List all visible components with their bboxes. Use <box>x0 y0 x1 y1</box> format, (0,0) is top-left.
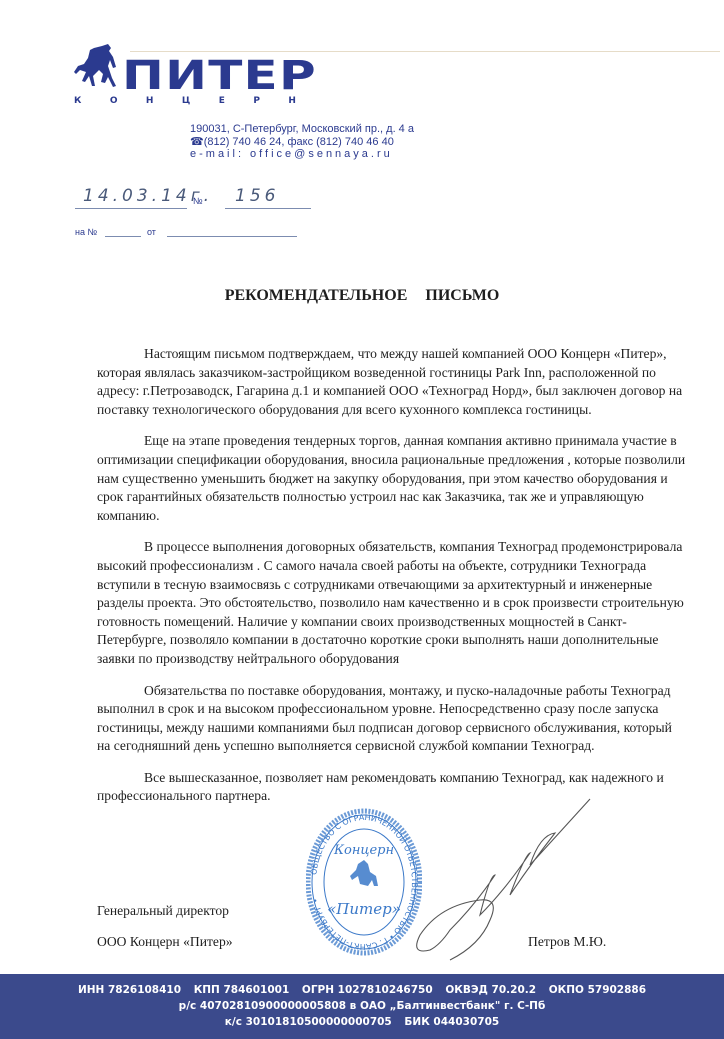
reply-date-label: от <box>147 227 156 237</box>
email-line: e-mail: office@sennaya.ru <box>190 148 414 161</box>
outgoing-reference: 14.03.14г. № 156 <box>75 186 305 212</box>
brand-sub-letter: Ц <box>182 96 190 106</box>
paragraph: Обязательства по поставке оборудования, … <box>97 682 687 756</box>
stamp-horse-icon <box>350 860 378 886</box>
brand-sub-letter: Р <box>253 96 260 106</box>
handwritten-number: 156 <box>235 186 279 206</box>
brand-sub-letter: К <box>74 96 81 106</box>
inn: ИНН 7826108410 <box>78 984 181 996</box>
requisites-footer: ИНН 7826108410 КПП 784601001 ОГРН 102781… <box>0 974 724 1039</box>
footer-line-3: к/с 30101810500000000705 БИК 044030705 <box>0 1014 724 1030</box>
number-label: № <box>193 196 203 206</box>
correspondent-account: к/с 30101810500000000705 <box>225 1016 392 1028</box>
signatory-name: Петров М.Ю. <box>528 934 606 950</box>
signatory-role: Генеральный директор <box>97 903 229 919</box>
document-title: РЕКОМЕНДАТЕЛЬНОЕ ПИСЬМО <box>0 287 724 305</box>
company-contacts: 190031, С-Петербург, Московский пр., д. … <box>190 123 414 161</box>
reply-date-underline <box>167 236 297 237</box>
signatory-organization: ООО Концерн «Питер» <box>97 934 233 950</box>
incoming-reference: на № от <box>75 227 305 239</box>
paragraph: Настоящим письмом подтверждаем, что межд… <box>97 345 687 419</box>
paragraph: Еще на этапе проведения тендерных торгов… <box>97 432 687 525</box>
kpp: КПП 784601001 <box>194 984 290 996</box>
reply-number-label: на № <box>75 227 97 237</box>
brand-subtitle: К О Н Ц Е Р Н <box>74 96 296 106</box>
brand-sub-letter: Н <box>146 96 154 106</box>
letter-body: Настоящим письмом подтверждаем, что межд… <box>97 345 687 819</box>
footer-line-2: р/с 40702810900000005808 в ОАО „Балтинве… <box>0 998 724 1014</box>
bik: БИК 044030705 <box>404 1016 499 1028</box>
letterhead-divider <box>130 51 720 52</box>
horse-tamer-icon <box>72 42 124 94</box>
number-underline <box>225 208 311 209</box>
footer-line-1: ИНН 7826108410 КПП 784601001 ОГРН 102781… <box>0 982 724 998</box>
brand-sub-letter: Е <box>219 96 225 106</box>
paragraph: В процессе выполнения договорных обязате… <box>97 538 687 668</box>
brand-sub-letter: О <box>110 96 118 106</box>
brand-name: ПИТЕР <box>122 56 317 96</box>
company-logo: ПИТЕР К О Н Ц Е Р Н <box>72 42 312 112</box>
phone-line: ☎(812) 740 46 24, факс (812) 740 46 40 <box>190 136 414 149</box>
ogrn: ОГРН 1027810246750 <box>302 984 433 996</box>
address-line: 190031, С-Петербург, Московский пр., д. … <box>190 123 414 136</box>
brand-sub-letter: Н <box>288 96 296 106</box>
reply-number-underline <box>105 236 141 237</box>
date-underline <box>75 208 187 209</box>
okved: ОКВЭД 70.20.2 <box>445 984 536 996</box>
okpo: ОКПО 57902886 <box>549 984 646 996</box>
